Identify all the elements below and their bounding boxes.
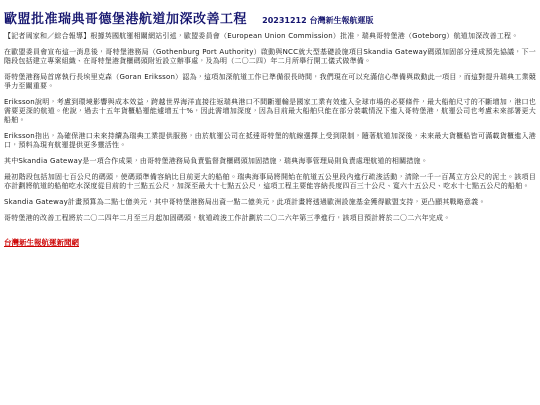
date-and-section-label: 20231212 台灣新生報航運版 bbox=[262, 16, 373, 25]
article-paragraph: Eriksson說明，考慮到環境影響與成本效益，跨越世界海洋直接往返瑞典港口不間… bbox=[4, 98, 536, 125]
article-body: 【記者周家和／綜合報導】根據英國航運相關網站引述，歐盟委員會（European … bbox=[4, 32, 536, 223]
news-article: 歐盟批准瑞典哥德堡港航道加深改善工程 20231212 台灣新生報航運版 【記者… bbox=[0, 0, 540, 249]
article-paragraph: 其中Skandia Gateway是一項合作成果，由哥特堡港務局負責監督貨櫃碼頭… bbox=[4, 157, 536, 166]
article-paragraph: 【記者周家和／綜合報導】根據英國航運相關網站引述，歐盟委員會（European … bbox=[4, 32, 536, 41]
source-link[interactable]: 台灣新生報航運新聞網 bbox=[4, 237, 79, 248]
article-paragraph: 哥特堡港務局首席執行長埃里克森（Goran Eriksson）認為，這項加深航道… bbox=[4, 73, 536, 91]
article-paragraph: 哥特堡港的改善工程將於二〇二四年二月至三月起加固碼頭，航道疏浚工作計劃於二〇二六… bbox=[4, 214, 536, 223]
article-headline: 歐盟批准瑞典哥德堡港航道加深改善工程 20231212 台灣新生報航運版 bbox=[4, 5, 536, 28]
article-paragraph: 最初階段包括加固七百公尺的碼頭，使碼頭準備容納比目前更大的船舶。瑞典海事局將開始… bbox=[4, 173, 536, 191]
article-paragraph: 在歐盟委員會宣布這一消息後，哥特堡港務局（Gothenburg Port Aut… bbox=[4, 48, 536, 66]
article-paragraph: Skandia Gateway計畫預算為二點七億美元，其中哥特堡港務局出資一點二… bbox=[4, 198, 536, 207]
page-title: 歐盟批准瑞典哥德堡港航道加深改善工程 bbox=[4, 12, 247, 27]
article-paragraph: Eriksson指出，為確保港口未來持續為瑞典工業提供服務，由於航運公司在抵達哥… bbox=[4, 132, 536, 150]
